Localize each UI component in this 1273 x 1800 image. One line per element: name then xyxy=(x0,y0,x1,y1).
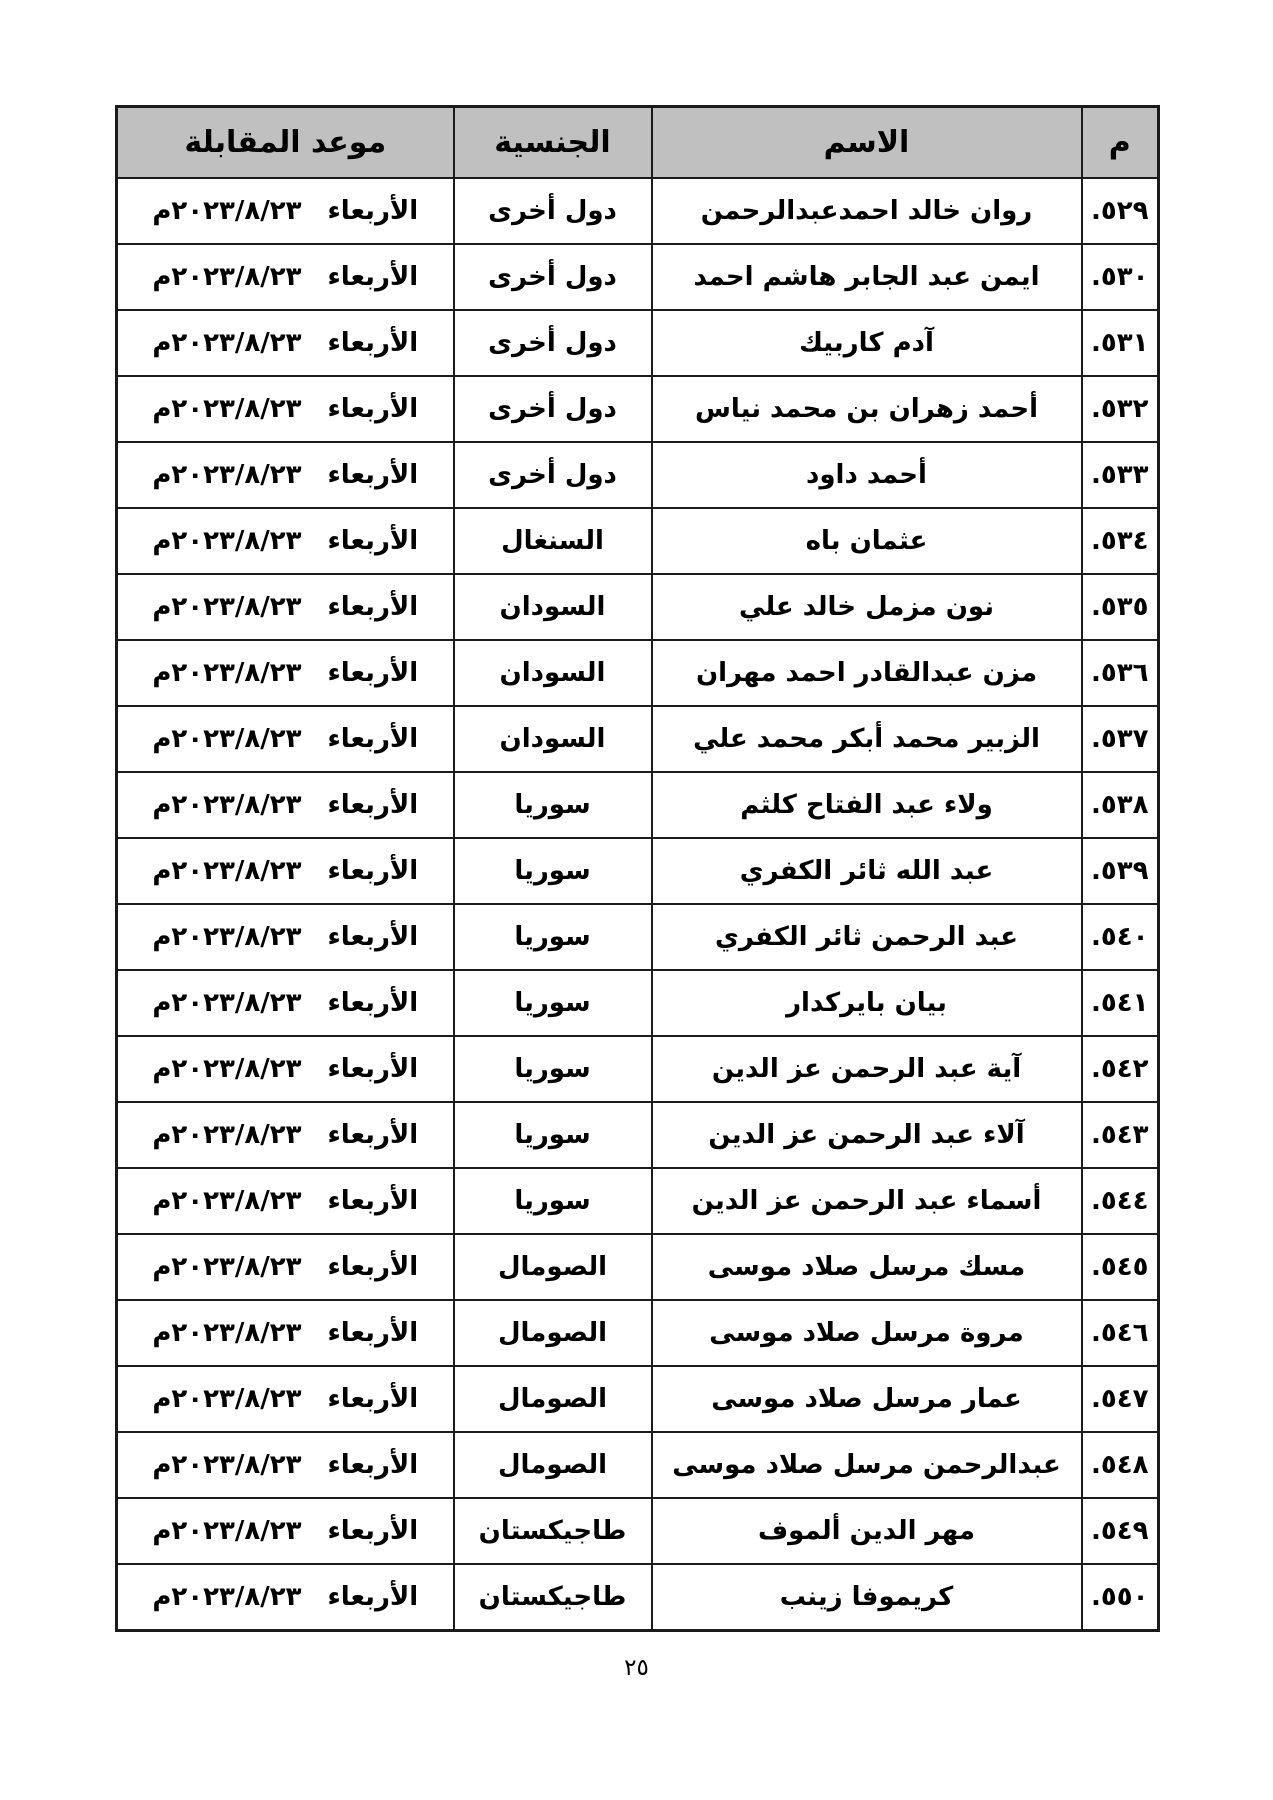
name-cell: روان خالد احمدعبدالرحمن xyxy=(652,178,1082,244)
interview-date-cell: الأربعاء٢٠٢٣/٨/٢٣م xyxy=(117,508,454,574)
interview-day: الأربعاء xyxy=(327,526,418,556)
interview-date-cell: الأربعاء٢٠٢٣/٨/٢٣م xyxy=(117,1234,454,1300)
interview-day: الأربعاء xyxy=(327,988,418,1018)
table-row: ٥٤٦. مروة مرسل صلاد موسى الصومال الأربعا… xyxy=(117,1300,1159,1366)
name-cell: كريموفا زينب xyxy=(652,1564,1082,1631)
header-row: م الاسم الجنسية موعد المقابلة xyxy=(117,107,1159,179)
table-row: ٥٤٠. عبد الرحمن ثائر الكفري سوريا الأربع… xyxy=(117,904,1159,970)
interview-date: ٢٠٢٣/٨/٢٣م xyxy=(152,1054,301,1084)
interview-date-cell: الأربعاء٢٠٢٣/٨/٢٣م xyxy=(117,1498,454,1564)
interview-day: الأربعاء xyxy=(327,1450,418,1480)
nationality-cell: دول أخرى xyxy=(454,310,652,376)
table-row: ٥٣٠. ايمن عبد الجابر هاشم احمد دول أخرى … xyxy=(117,244,1159,310)
interview-date-cell: الأربعاء٢٠٢٣/٨/٢٣م xyxy=(117,1102,454,1168)
header-nationality: الجنسية xyxy=(454,107,652,179)
interview-date-cell: الأربعاء٢٠٢٣/٨/٢٣م xyxy=(117,310,454,376)
interview-date-cell: الأربعاء٢٠٢٣/٨/٢٣م xyxy=(117,706,454,772)
name-cell: بيان بايركدار xyxy=(652,970,1082,1036)
interview-date: ٢٠٢٣/٨/٢٣م xyxy=(152,262,301,292)
nationality-cell: دول أخرى xyxy=(454,244,652,310)
name-cell: مروة مرسل صلاد موسى xyxy=(652,1300,1082,1366)
interview-date: ٢٠٢٣/٨/٢٣م xyxy=(152,592,301,622)
person-name: كريموفا زينب xyxy=(780,1582,954,1612)
name-cell: نون مزمل خالد علي xyxy=(652,574,1082,640)
interview-date-cell: الأربعاء٢٠٢٣/٨/٢٣م xyxy=(117,838,454,904)
nationality: سوريا xyxy=(514,922,590,952)
interview-day: الأربعاء xyxy=(327,1252,418,1282)
interview-date-cell: الأربعاء٢٠٢٣/٨/٢٣م xyxy=(117,1300,454,1366)
interview-day: الأربعاء xyxy=(327,1318,418,1348)
nationality-cell: سوريا xyxy=(454,904,652,970)
interview-date-cell: الأربعاء٢٠٢٣/٨/٢٣م xyxy=(117,574,454,640)
interview-date-cell: الأربعاء٢٠٢٣/٨/٢٣م xyxy=(117,1036,454,1102)
interview-day: الأربعاء xyxy=(327,856,418,886)
name-cell: مهر الدين ألموف xyxy=(652,1498,1082,1564)
row-number-cell: ٥٥٠. xyxy=(1082,1564,1159,1631)
person-name: روان خالد احمدعبدالرحمن xyxy=(701,196,1033,226)
interview-day: الأربعاء xyxy=(327,1516,418,1546)
table-row: ٥٥٠. كريموفا زينب طاجيكستان الأربعاء٢٠٢٣… xyxy=(117,1564,1159,1631)
interview-date: ٢٠٢٣/٨/٢٣م xyxy=(152,988,301,1018)
nationality-cell: طاجيكستان xyxy=(454,1498,652,1564)
nationality: الصومال xyxy=(498,1252,607,1282)
person-name: مزن عبدالقادر احمد مهران xyxy=(696,658,1037,688)
nationality-cell: السودان xyxy=(454,706,652,772)
person-name: عثمان باه xyxy=(806,526,928,556)
table-row: ٥٤٧. عمار مرسل صلاد موسى الصومال الأربعا… xyxy=(117,1366,1159,1432)
nationality-cell: طاجيكستان xyxy=(454,1564,652,1631)
nationality: السودان xyxy=(500,724,606,754)
row-number-cell: ٥٤٠. xyxy=(1082,904,1159,970)
person-name: آية عبد الرحمن عز الدين xyxy=(712,1054,1021,1084)
name-cell: عبد الله ثائر الكفري xyxy=(652,838,1082,904)
nationality: الصومال xyxy=(498,1384,607,1414)
row-number: ٥٣٣. xyxy=(1091,460,1149,490)
nationality-cell: سوريا xyxy=(454,838,652,904)
row-number-cell: ٥٤٢. xyxy=(1082,1036,1159,1102)
nationality: السودان xyxy=(500,658,606,688)
interview-day: الأربعاء xyxy=(327,724,418,754)
nationality: سوريا xyxy=(514,790,590,820)
document-page: م الاسم الجنسية موعد المقابلة ٥٢٩. روان … xyxy=(0,0,1273,1800)
name-cell: أسماء عبد الرحمن عز الدين xyxy=(652,1168,1082,1234)
row-number-cell: ٥٤٩. xyxy=(1082,1498,1159,1564)
nationality-cell: السودان xyxy=(454,574,652,640)
interview-date: ٢٠٢٣/٨/٢٣م xyxy=(152,1318,301,1348)
table-row: ٥٣٣. أحمد داود دول أخرى الأربعاء٢٠٢٣/٨/٢… xyxy=(117,442,1159,508)
table-row: ٥٣٨. ولاء عبد الفتاح كلثم سوريا الأربعاء… xyxy=(117,772,1159,838)
row-number: ٥٢٩. xyxy=(1091,196,1149,226)
row-number: ٥٤٨. xyxy=(1091,1450,1149,1480)
person-name: ايمن عبد الجابر هاشم احمد xyxy=(693,262,1039,292)
row-number: ٥٣٧. xyxy=(1091,724,1149,754)
interview-date-cell: الأربعاء٢٠٢٣/٨/٢٣م xyxy=(117,244,454,310)
nationality: سوريا xyxy=(514,1120,590,1150)
nationality: سوريا xyxy=(514,1054,590,1084)
row-number-cell: ٥٣٠. xyxy=(1082,244,1159,310)
name-cell: أحمد زهران بن محمد نياس xyxy=(652,376,1082,442)
row-number-cell: ٥٤٤. xyxy=(1082,1168,1159,1234)
interview-day: الأربعاء xyxy=(327,196,418,226)
interview-date-cell: الأربعاء٢٠٢٣/٨/٢٣م xyxy=(117,376,454,442)
table-row: ٥٣٩. عبد الله ثائر الكفري سوريا الأربعاء… xyxy=(117,838,1159,904)
person-name: ولاء عبد الفتاح كلثم xyxy=(740,790,993,820)
interview-date-cell: الأربعاء٢٠٢٣/٨/٢٣م xyxy=(117,772,454,838)
interview-day: الأربعاء xyxy=(327,1186,418,1216)
name-cell: عمار مرسل صلاد موسى xyxy=(652,1366,1082,1432)
row-number: ٥٣٦. xyxy=(1091,658,1149,688)
row-number: ٥٤٢. xyxy=(1091,1054,1149,1084)
table-header: م الاسم الجنسية موعد المقابلة xyxy=(117,107,1159,179)
nationality-cell: دول أخرى xyxy=(454,442,652,508)
interview-date-cell: الأربعاء٢٠٢٣/٨/٢٣م xyxy=(117,178,454,244)
interview-date: ٢٠٢٣/٨/٢٣م xyxy=(152,196,301,226)
nationality: سوريا xyxy=(514,988,590,1018)
nationality-cell: الصومال xyxy=(454,1432,652,1498)
interview-day: الأربعاء xyxy=(327,592,418,622)
interview-day: الأربعاء xyxy=(327,394,418,424)
row-number: ٥٣٩. xyxy=(1091,856,1149,886)
row-number: ٥٤٤. xyxy=(1091,1186,1149,1216)
interview-day: الأربعاء xyxy=(327,460,418,490)
row-number: ٥٤٩. xyxy=(1091,1516,1149,1546)
nationality: طاجيكستان xyxy=(479,1516,627,1546)
nationality: السودان xyxy=(500,592,606,622)
name-cell: مزن عبدالقادر احمد مهران xyxy=(652,640,1082,706)
interview-date: ٢٠٢٣/٨/٢٣م xyxy=(152,790,301,820)
interview-date-cell: الأربعاء٢٠٢٣/٨/٢٣م xyxy=(117,640,454,706)
row-number: ٥٤٧. xyxy=(1091,1384,1149,1414)
interview-date: ٢٠٢٣/٨/٢٣م xyxy=(152,724,301,754)
person-name: مسك مرسل صلاد موسى xyxy=(708,1252,1025,1282)
table-row: ٥٤٥. مسك مرسل صلاد موسى الصومال الأربعاء… xyxy=(117,1234,1159,1300)
interview-day: الأربعاء xyxy=(327,1054,418,1084)
row-number: ٥٤٣. xyxy=(1091,1120,1149,1150)
name-cell: الزبير محمد أبكر محمد علي xyxy=(652,706,1082,772)
row-number: ٥٤٦. xyxy=(1091,1318,1149,1348)
nationality-cell: الصومال xyxy=(454,1366,652,1432)
person-name: عبد الرحمن ثائر الكفري xyxy=(715,922,1018,952)
nationality-cell: دول أخرى xyxy=(454,178,652,244)
row-number-cell: ٥٣٥. xyxy=(1082,574,1159,640)
nationality: السنغال xyxy=(501,526,604,556)
row-number-cell: ٥٤٨. xyxy=(1082,1432,1159,1498)
name-cell: مسك مرسل صلاد موسى xyxy=(652,1234,1082,1300)
row-number: ٥٣١. xyxy=(1091,328,1149,358)
table-row: ٥٤٢. آية عبد الرحمن عز الدين سوريا الأرب… xyxy=(117,1036,1159,1102)
row-number-cell: ٥٣٣. xyxy=(1082,442,1159,508)
name-cell: عثمان باه xyxy=(652,508,1082,574)
nationality-cell: سوريا xyxy=(454,1102,652,1168)
header-no: م xyxy=(1082,107,1159,179)
row-number-cell: ٥٤١. xyxy=(1082,970,1159,1036)
person-name: مهر الدين ألموف xyxy=(758,1516,975,1546)
nationality: سوريا xyxy=(514,1186,590,1216)
person-name: مروة مرسل صلاد موسى xyxy=(709,1318,1023,1348)
table-row: ٥٣٧. الزبير محمد أبكر محمد علي السودان ا… xyxy=(117,706,1159,772)
table-row: ٥٣٦. مزن عبدالقادر احمد مهران السودان ال… xyxy=(117,640,1159,706)
interview-date: ٢٠٢٣/٨/٢٣م xyxy=(152,1120,301,1150)
row-number-cell: ٥٣١. xyxy=(1082,310,1159,376)
person-name: عبدالرحمن مرسل صلاد موسى xyxy=(672,1450,1061,1480)
nationality: دول أخرى xyxy=(488,394,617,424)
interview-date: ٢٠٢٣/٨/٢٣م xyxy=(152,1384,301,1414)
interview-day: الأربعاء xyxy=(327,922,418,952)
table-row: ٥٤٤. أسماء عبد الرحمن عز الدين سوريا الأ… xyxy=(117,1168,1159,1234)
interview-date: ٢٠٢٣/٨/٢٣م xyxy=(152,328,301,358)
person-name: بيان بايركدار xyxy=(786,988,947,1018)
person-name: أسماء عبد الرحمن عز الدين xyxy=(692,1186,1042,1216)
nationality-cell: سوريا xyxy=(454,970,652,1036)
header-interview-date: موعد المقابلة xyxy=(117,107,454,179)
table-body: ٥٢٩. روان خالد احمدعبدالرحمن دول أخرى ال… xyxy=(117,178,1159,1631)
interview-date: ٢٠٢٣/٨/٢٣م xyxy=(152,658,301,688)
row-number: ٥٣٨. xyxy=(1091,790,1149,820)
row-number-cell: ٥٤٣. xyxy=(1082,1102,1159,1168)
interview-day: الأربعاء xyxy=(327,262,418,292)
interview-date: ٢٠٢٣/٨/٢٣م xyxy=(152,1450,301,1480)
interview-date-cell: الأربعاء٢٠٢٣/٨/٢٣م xyxy=(117,970,454,1036)
person-name: أحمد داود xyxy=(806,460,927,490)
nationality-cell: الصومال xyxy=(454,1234,652,1300)
interview-day: الأربعاء xyxy=(327,1384,418,1414)
row-number-cell: ٥٤٥. xyxy=(1082,1234,1159,1300)
nationality: دول أخرى xyxy=(488,262,617,292)
interview-date-cell: الأربعاء٢٠٢٣/٨/٢٣م xyxy=(117,1564,454,1631)
row-number: ٥٤١. xyxy=(1091,988,1149,1018)
person-name: آدم كاربيك xyxy=(799,328,934,358)
row-number: ٥٥٠. xyxy=(1091,1582,1149,1612)
row-number-cell: ٥٣٩. xyxy=(1082,838,1159,904)
row-number-cell: ٥٤٦. xyxy=(1082,1300,1159,1366)
interview-date: ٢٠٢٣/٨/٢٣م xyxy=(152,1516,301,1546)
row-number: ٥٣٢. xyxy=(1091,394,1149,424)
interview-date-cell: الأربعاء٢٠٢٣/٨/٢٣م xyxy=(117,1168,454,1234)
name-cell: أحمد داود xyxy=(652,442,1082,508)
nationality: سوريا xyxy=(514,856,590,886)
row-number: ٥٣٥. xyxy=(1091,592,1149,622)
person-name: الزبير محمد أبكر محمد علي xyxy=(693,724,1040,754)
interview-day: الأربعاء xyxy=(327,1120,418,1150)
table-row: ٥٤٩. مهر الدين ألموف طاجيكستان الأربعاء٢… xyxy=(117,1498,1159,1564)
person-name: نون مزمل خالد علي xyxy=(739,592,994,622)
nationality: الصومال xyxy=(498,1450,607,1480)
person-name: عبد الله ثائر الكفري xyxy=(740,856,994,886)
nationality-cell: الصومال xyxy=(454,1300,652,1366)
name-cell: عبد الرحمن ثائر الكفري xyxy=(652,904,1082,970)
table-row: ٥٣٢. أحمد زهران بن محمد نياس دول أخرى ال… xyxy=(117,376,1159,442)
row-number: ٥٤٥. xyxy=(1091,1252,1149,1282)
row-number-cell: ٥٣٤. xyxy=(1082,508,1159,574)
nationality: دول أخرى xyxy=(488,196,617,226)
row-number-cell: ٥٣٧. xyxy=(1082,706,1159,772)
interview-date: ٢٠٢٣/٨/٢٣م xyxy=(152,1186,301,1216)
nationality: دول أخرى xyxy=(488,328,617,358)
table-row: ٥٣٥. نون مزمل خالد علي السودان الأربعاء٢… xyxy=(117,574,1159,640)
table-row: ٥٣١. آدم كاربيك دول أخرى الأربعاء٢٠٢٣/٨/… xyxy=(117,310,1159,376)
interview-date-cell: الأربعاء٢٠٢٣/٨/٢٣م xyxy=(117,904,454,970)
table-row: ٥٤٨. عبدالرحمن مرسل صلاد موسى الصومال ال… xyxy=(117,1432,1159,1498)
interview-schedule-table: م الاسم الجنسية موعد المقابلة ٥٢٩. روان … xyxy=(115,105,1160,1632)
name-cell: آدم كاربيك xyxy=(652,310,1082,376)
interview-date: ٢٠٢٣/٨/٢٣م xyxy=(152,1252,301,1282)
interview-date: ٢٠٢٣/٨/٢٣م xyxy=(152,922,301,952)
interview-day: الأربعاء xyxy=(327,328,418,358)
name-cell: آلاء عبد الرحمن عز الدين xyxy=(652,1102,1082,1168)
nationality: طاجيكستان xyxy=(479,1582,627,1612)
row-number-cell: ٥٤٧. xyxy=(1082,1366,1159,1432)
nationality-cell: سوريا xyxy=(454,772,652,838)
interview-date: ٢٠٢٣/٨/٢٣م xyxy=(152,526,301,556)
row-number: ٥٣٤. xyxy=(1091,526,1149,556)
name-cell: ايمن عبد الجابر هاشم احمد xyxy=(652,244,1082,310)
nationality: دول أخرى xyxy=(488,460,617,490)
interview-day: الأربعاء xyxy=(327,1582,418,1612)
name-cell: عبدالرحمن مرسل صلاد موسى xyxy=(652,1432,1082,1498)
interview-date: ٢٠٢٣/٨/٢٣م xyxy=(152,394,301,424)
interview-day: الأربعاء xyxy=(327,790,418,820)
nationality-cell: سوريا xyxy=(454,1036,652,1102)
interview-date-cell: الأربعاء٢٠٢٣/٨/٢٣م xyxy=(117,1432,454,1498)
row-number-cell: ٥٣٢. xyxy=(1082,376,1159,442)
table-row: ٥٤٣. آلاء عبد الرحمن عز الدين سوريا الأر… xyxy=(117,1102,1159,1168)
interview-date-cell: الأربعاء٢٠٢٣/٨/٢٣م xyxy=(117,442,454,508)
header-name: الاسم xyxy=(652,107,1082,179)
nationality-cell: السودان xyxy=(454,640,652,706)
table-row: ٥٣٤. عثمان باه السنغال الأربعاء٢٠٢٣/٨/٢٣… xyxy=(117,508,1159,574)
interview-day: الأربعاء xyxy=(327,658,418,688)
row-number: ٥٣٠. xyxy=(1091,262,1149,292)
table-row: ٥٤١. بيان بايركدار سوريا الأربعاء٢٠٢٣/٨/… xyxy=(117,970,1159,1036)
table-row: ٥٢٩. روان خالد احمدعبدالرحمن دول أخرى ال… xyxy=(117,178,1159,244)
nationality-cell: سوريا xyxy=(454,1168,652,1234)
row-number-cell: ٥٢٩. xyxy=(1082,178,1159,244)
person-name: آلاء عبد الرحمن عز الدين xyxy=(708,1120,1024,1150)
page-number: ٢٥ xyxy=(0,1655,1273,1681)
person-name: عمار مرسل صلاد موسى xyxy=(711,1384,1022,1414)
interview-date: ٢٠٢٣/٨/٢٣م xyxy=(152,856,301,886)
row-number-cell: ٥٣٦. xyxy=(1082,640,1159,706)
person-name: أحمد زهران بن محمد نياس xyxy=(695,394,1038,424)
name-cell: آية عبد الرحمن عز الدين xyxy=(652,1036,1082,1102)
nationality-cell: السنغال xyxy=(454,508,652,574)
row-number-cell: ٥٣٨. xyxy=(1082,772,1159,838)
row-number: ٥٤٠. xyxy=(1091,922,1149,952)
name-cell: ولاء عبد الفتاح كلثم xyxy=(652,772,1082,838)
nationality-cell: دول أخرى xyxy=(454,376,652,442)
nationality: الصومال xyxy=(498,1318,607,1348)
interview-date: ٢٠٢٣/٨/٢٣م xyxy=(152,1582,301,1612)
interview-date: ٢٠٢٣/٨/٢٣م xyxy=(152,460,301,490)
interview-date-cell: الأربعاء٢٠٢٣/٨/٢٣م xyxy=(117,1366,454,1432)
